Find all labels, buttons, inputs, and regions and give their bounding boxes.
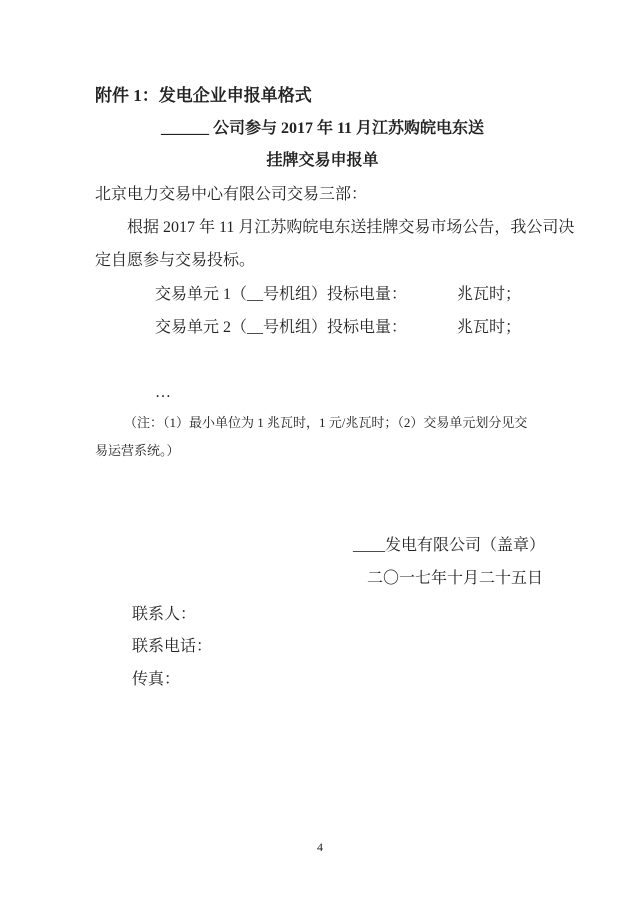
trade-unit-1-unit: 兆瓦时；	[457, 285, 521, 305]
trade-unit-2-unit: 兆瓦时；	[457, 318, 521, 338]
note-line-1: （注：（1）最小单位为 1 兆瓦时，1 元/兆瓦时；（2）交易单元划分见交	[124, 414, 527, 431]
trade-unit-row-1: 交易单元 1（__号机组）投标电量：兆瓦时；	[155, 285, 521, 305]
document-page: 附件 1：发电企业申报单格式 ______ 公司参与 2017 年 11 月江苏…	[0, 0, 640, 905]
company-signature-line: ____发电有限公司（盖章）	[353, 536, 545, 556]
document-title-line-1: ______ 公司参与 2017 年 11 月江苏购皖电东送	[95, 119, 550, 139]
contact-person-label: 联系人：	[132, 605, 196, 625]
document-title-line-2: 挂牌交易申报单	[95, 151, 550, 171]
trade-unit-2-label: 交易单元 2（__号机组）投标电量：	[155, 319, 407, 336]
date-line: 二〇一七年十月二十五日	[367, 569, 543, 589]
addressee-line: 北京电力交易中心有限公司交易三部：	[95, 185, 367, 205]
ellipsis-line: …	[155, 383, 171, 403]
trade-unit-1-label: 交易单元 1（__号机组）投标电量：	[155, 286, 407, 303]
body-paragraph-line-1: 根据 2017 年 11 月江苏购皖电东送挂牌交易市场公告，我公司决	[127, 218, 574, 238]
attachment-heading: 附件 1：发电企业申报单格式	[95, 86, 312, 106]
note-line-2: 易运营系统。）	[95, 442, 180, 459]
page-number: 4	[0, 837, 640, 857]
fax-label: 传真：	[132, 670, 180, 690]
trade-unit-row-2: 交易单元 2（__号机组）投标电量：兆瓦时；	[155, 318, 521, 338]
contact-phone-label: 联系电话：	[132, 637, 212, 657]
body-paragraph-line-2: 定自愿参与交易投标。	[95, 251, 255, 271]
